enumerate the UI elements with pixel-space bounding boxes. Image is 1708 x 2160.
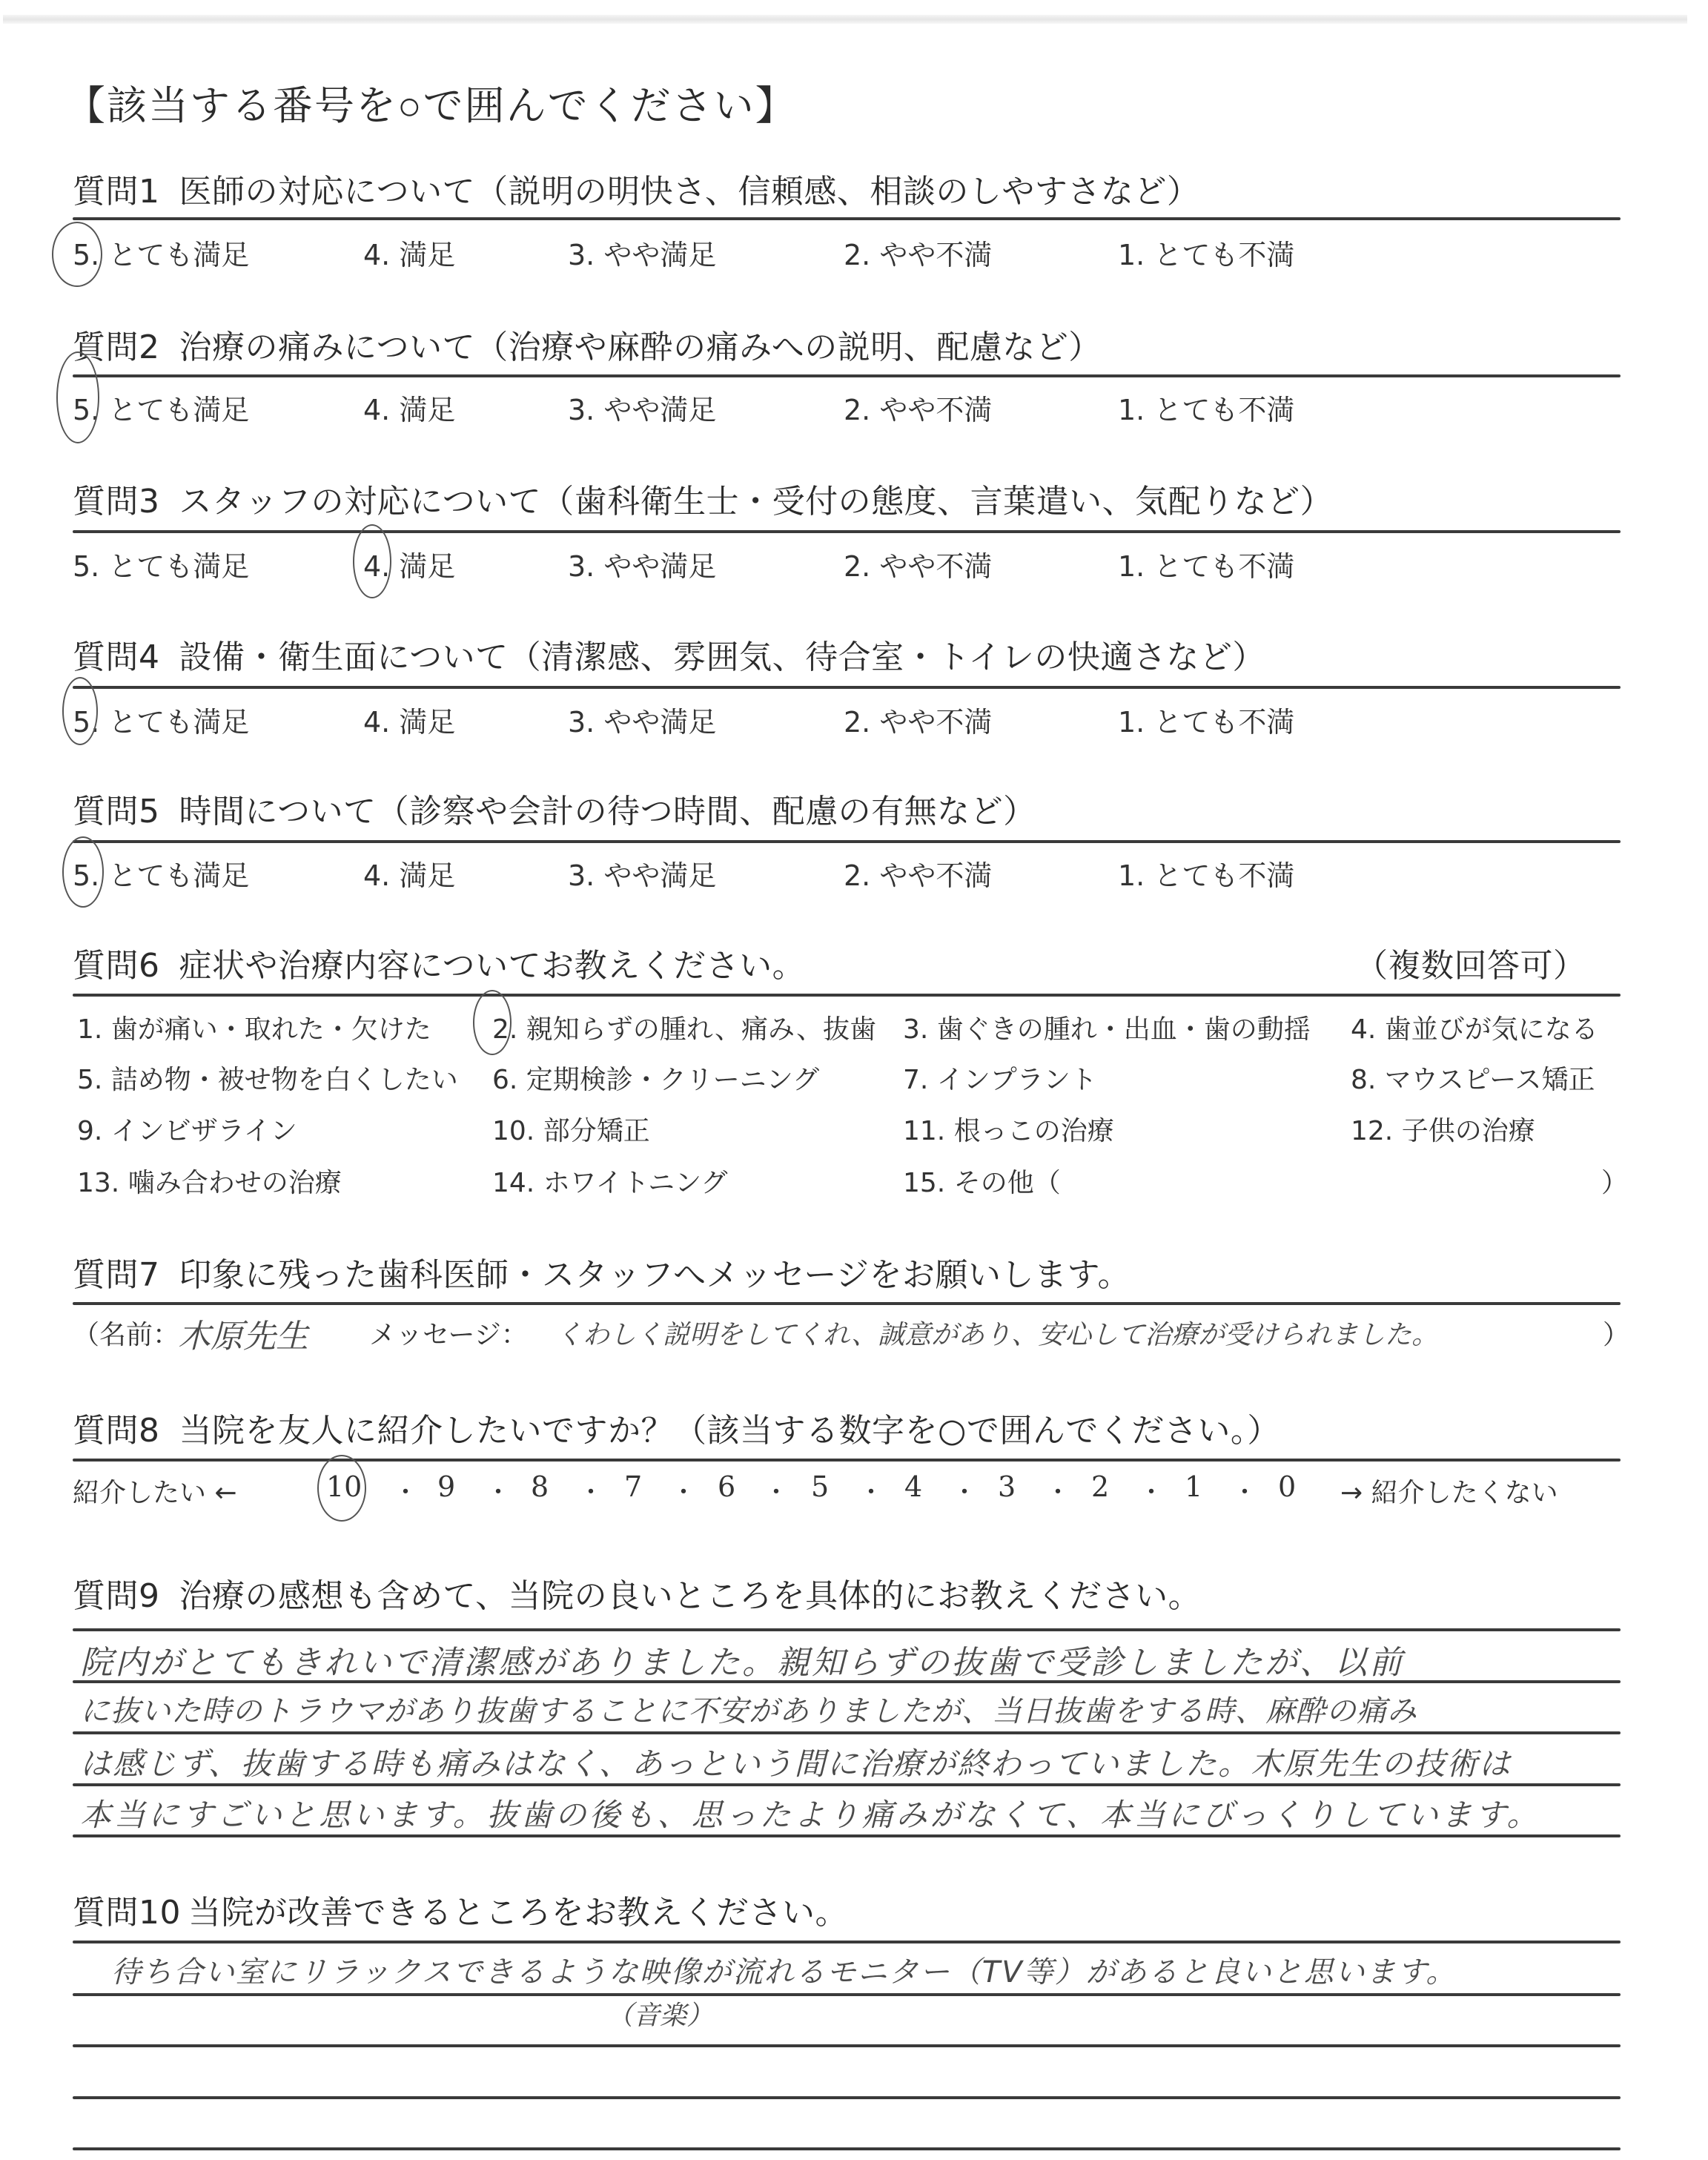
option-1[interactable]: 1. とても不満 — [1118, 544, 1294, 584]
separator-dot: ・ — [1045, 1472, 1070, 1508]
symptom-item-5[interactable]: 5. 詰め物・被せ物を白くしたい — [77, 1059, 458, 1097]
option-5[interactable]: 5. とても満足 — [73, 699, 249, 740]
option-2[interactable]: 2. やや不満 — [844, 853, 992, 894]
question-text: 治療の感想も含めて、当院の良いところを具体的にお教えください。 — [179, 1577, 1202, 1615]
separator-dot: ・ — [764, 1472, 789, 1508]
answer-line — [73, 2096, 1621, 2099]
good-points-answer-line-3[interactable]: は感じず、抜歯する時も痛みはなく、あっという間に治療が終わっていました。木原先生… — [80, 1740, 1512, 1784]
message-close-paren: ） — [1603, 1314, 1629, 1352]
symptom-item-13[interactable]: 13. 噛み合わせの治療 — [77, 1162, 342, 1200]
option-3[interactable]: 3. やや満足 — [568, 853, 716, 894]
option-4[interactable]: 4. 満足 — [363, 853, 455, 894]
good-points-answer-line-4[interactable]: 本当にすごいと思います。抜歯の後も、思ったより痛みがなくて、本当にびっくりしてい… — [80, 1791, 1540, 1835]
improvement-answer-line-2[interactable]: （音楽） — [606, 1995, 713, 2032]
scale-10[interactable]: 10 — [326, 1470, 362, 1503]
question-number: 質問2 — [73, 328, 160, 366]
symptom-item-2[interactable]: 2. 親知らずの腫れ、痛み、抜歯 — [492, 1008, 876, 1046]
good-points-answer-line-1[interactable]: 院内がとてもきれいで清潔感がありました。親知らずの抜歯で受診しましたが、以前 — [80, 1636, 1404, 1683]
question-number: 質問6 — [73, 947, 160, 985]
divider — [73, 1941, 1621, 1943]
scale-7[interactable]: 7 — [624, 1470, 642, 1503]
option-1[interactable]: 1. とても不満 — [1118, 387, 1294, 428]
option-1[interactable]: 1. とても不満 — [1118, 232, 1294, 273]
question-number: 質問7 — [73, 1256, 160, 1294]
scale-8[interactable]: 8 — [531, 1470, 549, 1503]
scale-4[interactable]: 4 — [904, 1470, 922, 1503]
option-2[interactable]: 2. やや不満 — [844, 387, 992, 428]
scale-6[interactable]: 6 — [718, 1470, 735, 1503]
symptom-item-1[interactable]: 1. 歯が痛い・取れた・欠けた — [77, 1008, 431, 1046]
separator-dot: ・ — [393, 1472, 418, 1508]
option-3[interactable]: 3. やや満足 — [568, 232, 716, 273]
option-4[interactable]: 4. 満足 — [363, 544, 455, 584]
scale-9[interactable]: 9 — [437, 1470, 455, 1503]
question-2-heading: 質問2治療の痛みについて（治療や麻酔の痛みへの説明、配慮など） — [73, 320, 1102, 368]
question-text: 医師の対応について（説明の明快さ、信頼感、相談のしやすさなど） — [179, 173, 1200, 211]
symptom-item-10[interactable]: 10. 部分矯正 — [492, 1110, 650, 1148]
question-text: 設備・衛生面について（清潔感、雰囲気、待合室・トイレの快適さなど） — [179, 638, 1265, 676]
divider — [73, 994, 1621, 997]
question-6-heading: 質問6症状や治療内容についてお教えください。 （複数回答可） — [73, 939, 1622, 986]
divider — [73, 374, 1621, 377]
option-3[interactable]: 3. やや満足 — [568, 544, 716, 584]
question-8-heading: 質問8当院を友人に紹介したいですか？（該当する数字を○で囲んでください。） — [73, 1404, 1280, 1451]
question-7-heading: 質問7印象に残った歯科医師・スタッフへメッセージをお願いします。 — [73, 1248, 1131, 1295]
name-label: （名前： — [73, 1314, 179, 1352]
divider — [73, 1459, 1621, 1462]
question-number: 質問5 — [73, 793, 160, 830]
separator-dot: ・ — [578, 1472, 603, 1508]
question-text: 印象に残った歯科医師・スタッフへメッセージをお願いします。 — [179, 1256, 1131, 1294]
question-number: 質問1 — [73, 173, 160, 211]
separator-dot: ・ — [486, 1472, 511, 1508]
question-number: 質問9 — [73, 1577, 160, 1615]
question-number: 質問10 — [73, 1894, 181, 1932]
option-4[interactable]: 4. 満足 — [363, 699, 455, 740]
question-3-heading: 質問3スタッフの対応について（歯科衛生士・受付の態度、言葉遣い、気配りなど） — [73, 475, 1333, 522]
answer-line — [73, 1993, 1621, 1996]
page-instruction: 【該当する番号を○で囲んでください】 — [65, 74, 797, 131]
option-1[interactable]: 1. とても不満 — [1118, 699, 1294, 740]
question-number: 質問4 — [73, 638, 160, 676]
question-text: 当院を友人に紹介したいですか？（該当する数字を○で囲んでください。） — [179, 1412, 1280, 1450]
question-text: 治療の痛みについて（治療や麻酔の痛みへの説明、配慮など） — [179, 328, 1102, 366]
symptom-item-3[interactable]: 3. 歯ぐきの腫れ・出血・歯の動揺 — [903, 1008, 1311, 1046]
separator-dot: ・ — [1139, 1472, 1164, 1508]
option-3[interactable]: 3. やや満足 — [568, 699, 716, 740]
symptom-item-14[interactable]: 14. ホワイトニング — [492, 1162, 727, 1200]
message-label: メッセージ： — [369, 1314, 528, 1352]
question-text: 症状や治療内容についてお教えください。 — [179, 947, 806, 985]
symptom-item-8[interactable]: 8. マウスピース矯正 — [1351, 1059, 1595, 1097]
option-1[interactable]: 1. とても不満 — [1118, 853, 1294, 894]
question-text: 当院が改善できるところをお教えください。 — [188, 1894, 848, 1932]
option-3[interactable]: 3. やや満足 — [568, 387, 716, 428]
name-field[interactable]: 木原先生 — [178, 1309, 308, 1357]
scale-0[interactable]: 0 — [1278, 1470, 1296, 1503]
separator-dot: ・ — [952, 1472, 977, 1508]
question-text: スタッフの対応について（歯科衛生士・受付の態度、言葉遣い、気配りなど） — [179, 483, 1334, 521]
symptom-item-4[interactable]: 4. 歯並びが気になる — [1351, 1008, 1598, 1046]
improvement-answer-line-1[interactable]: 待ち合い室にリラックスできるような映像が流れるモニター（TV等）があると良いと思… — [111, 1949, 1457, 1991]
message-field[interactable]: くわしく説明をしてくれ、誠意があり、安心して治療が受けられました。 — [556, 1314, 1438, 1352]
divider — [73, 1302, 1621, 1305]
scale-3[interactable]: 3 — [998, 1470, 1016, 1503]
question-10-heading: 質問10当院が改善できるところをお教えください。 — [73, 1886, 848, 1933]
question-number: 質問8 — [73, 1412, 160, 1450]
option-5[interactable]: 5. とても満足 — [73, 232, 249, 273]
recommend-left-label: 紹介したい ← — [73, 1472, 237, 1510]
divider — [73, 217, 1621, 220]
symptom-item-11[interactable]: 11. 根っこの治療 — [903, 1110, 1114, 1148]
divider — [73, 1628, 1621, 1631]
good-points-answer-line-2[interactable]: に抜いた時のトラウマがあり抜歯することに不安がありましたが、当日抜歯をする時、麻… — [80, 1688, 1417, 1730]
option-5[interactable]: 5. とても満足 — [73, 544, 249, 584]
symptom-item-6[interactable]: 6. 定期検診・クリーニング — [492, 1059, 819, 1097]
multiple-answers-note: （複数回答可） — [1355, 939, 1586, 986]
question-4-heading: 質問4設備・衛生面について（清潔感、雰囲気、待合室・トイレの快適さなど） — [73, 630, 1265, 678]
symptom-item-9[interactable]: 9. インビザライン — [77, 1110, 297, 1148]
question-5-heading: 質問5時間について（診察や会計の待つ時間、配慮の有無など） — [73, 785, 1036, 832]
symptom-item-15-other[interactable]: 15. その他（ — [903, 1162, 1061, 1200]
option-4[interactable]: 4. 満足 — [363, 232, 455, 273]
answer-line — [73, 1731, 1621, 1734]
divider — [73, 530, 1621, 533]
recommend-right-label: → 紹介したくない — [1340, 1472, 1558, 1510]
option-2[interactable]: 2. やや不満 — [844, 699, 992, 740]
separator-dot: ・ — [1232, 1472, 1257, 1508]
answer-line — [73, 2147, 1621, 2150]
divider — [73, 840, 1621, 843]
separator-dot: ・ — [671, 1472, 696, 1508]
scale-5[interactable]: 5 — [811, 1470, 829, 1503]
scan-top-edge — [3, 15, 1687, 24]
question-9-heading: 質問9治療の感想も含めて、当院の良いところを具体的にお教えください。 — [73, 1569, 1201, 1616]
option-2[interactable]: 2. やや不満 — [844, 232, 992, 273]
question-number: 質問3 — [73, 483, 160, 521]
option-2[interactable]: 2. やや不満 — [844, 544, 992, 584]
other-close-paren: ） — [1601, 1162, 1628, 1200]
answer-line — [73, 2044, 1621, 2047]
symptom-item-7[interactable]: 7. インプラント — [903, 1059, 1097, 1097]
option-5[interactable]: 5. とても満足 — [73, 853, 249, 894]
option-5[interactable]: 5. とても満足 — [73, 387, 249, 428]
option-4[interactable]: 4. 満足 — [363, 387, 455, 428]
question-text: 時間について（診察や会計の待つ時間、配慮の有無など） — [179, 793, 1036, 830]
divider — [73, 686, 1621, 689]
scale-1[interactable]: 1 — [1185, 1470, 1202, 1503]
separator-dot: ・ — [858, 1472, 884, 1508]
question-1-heading: 質問1医師の対応について（説明の明快さ、信頼感、相談のしやすさなど） — [73, 165, 1199, 212]
symptom-item-12[interactable]: 12. 子供の治療 — [1351, 1110, 1535, 1148]
scale-2[interactable]: 2 — [1091, 1470, 1109, 1503]
